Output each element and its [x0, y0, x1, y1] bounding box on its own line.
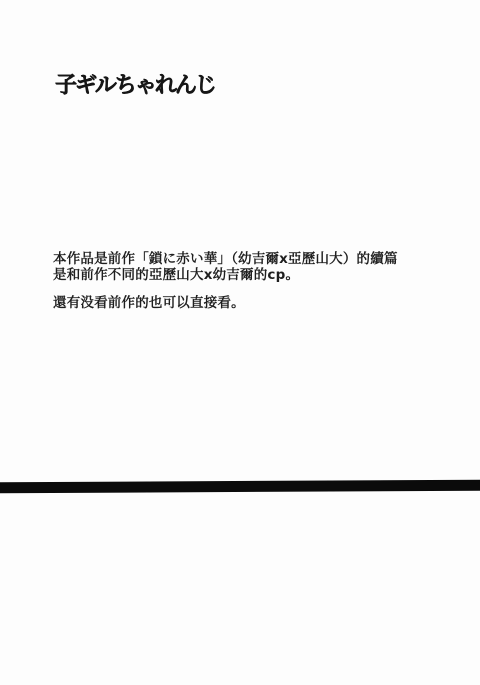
intro-text-block: 本作品是前作「鎖に赤い華」（幼吉爾x亞歷山大）的續篇 是和前作不同的亞歷山大x幼… [53, 251, 398, 311]
note-line: 還有没看前作的也可以直接看。 [53, 295, 398, 311]
intro-line-1: 本作品是前作「鎖に赤い華」（幼吉爾x亞歷山大）的續篇 [53, 251, 398, 267]
page-title: 子ギルちゃれんじ [55, 68, 215, 99]
scanned-page: 子ギルちゃれんじ 本作品是前作「鎖に赤い華」（幼吉爾x亞歷山大）的續篇 是和前作… [0, 0, 480, 685]
divider-bar [0, 480, 480, 494]
intro-line-2: 是和前作不同的亞歷山大x幼吉爾的cp。 [53, 267, 398, 283]
